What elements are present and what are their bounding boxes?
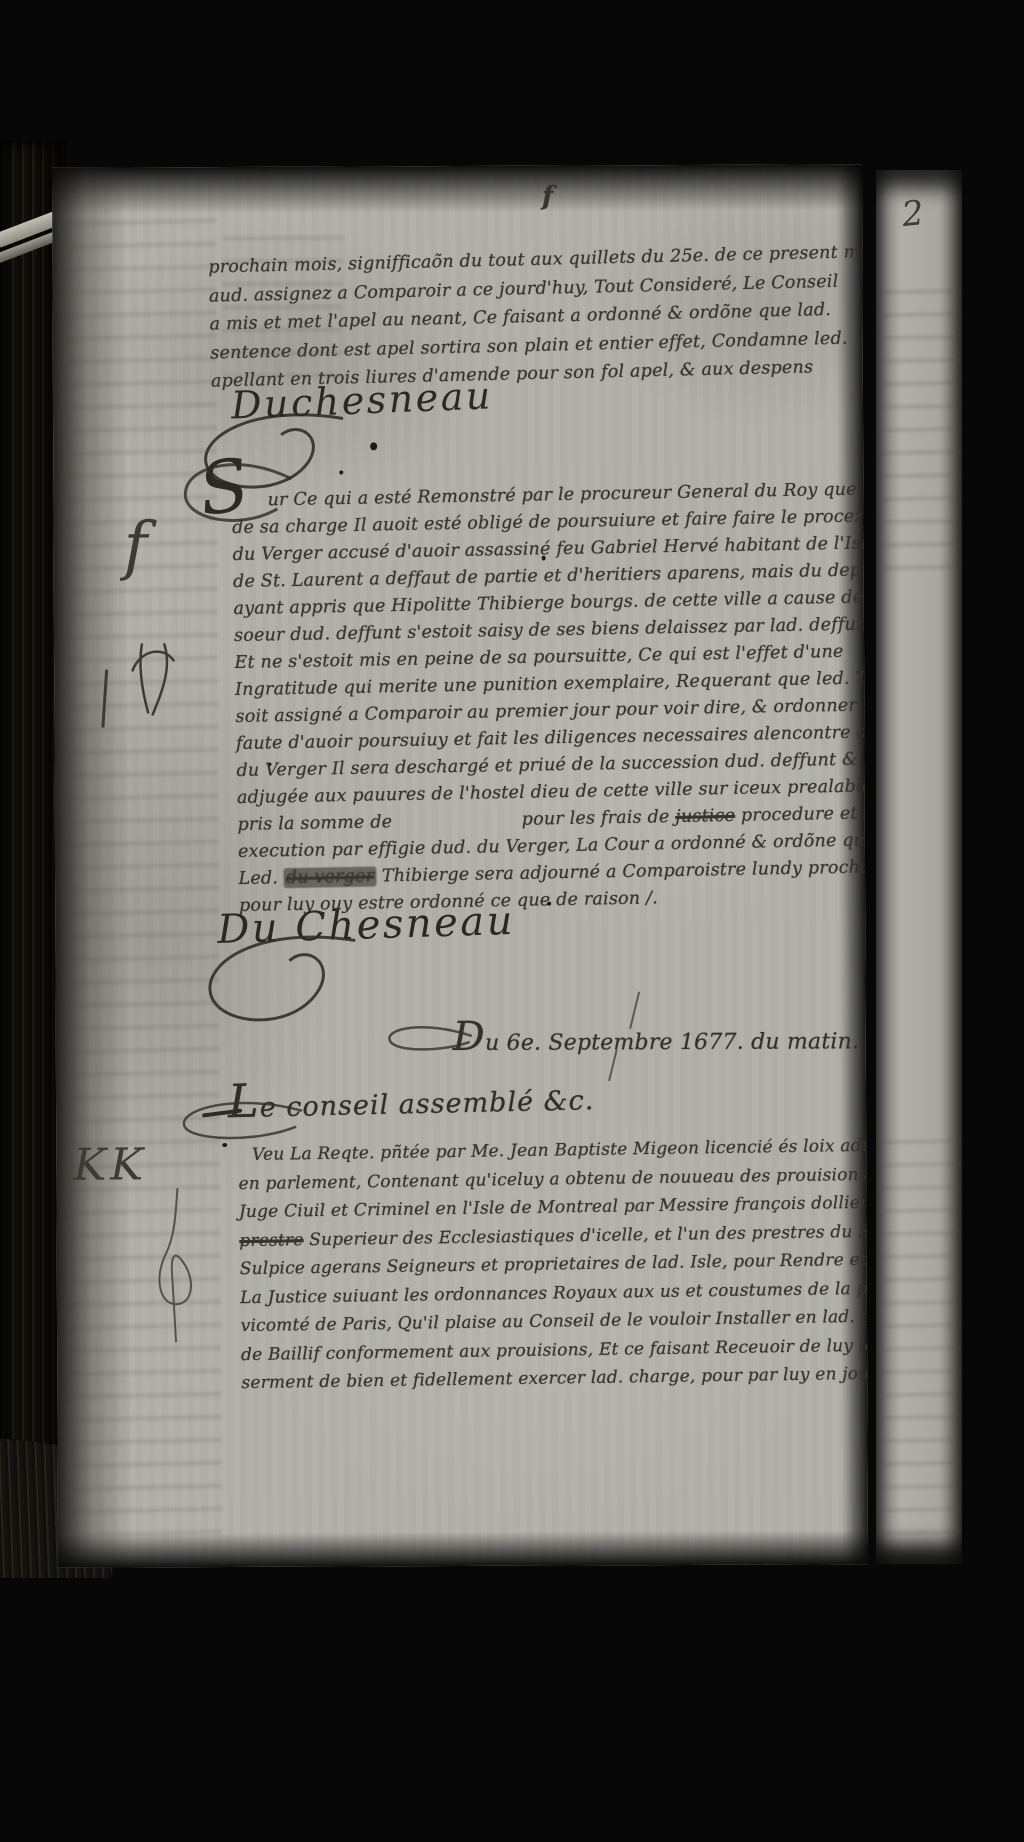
manuscript-page: f prochain mois, signifficaõn du tout au…	[52, 164, 868, 1568]
bleedthrough-text-left	[58, 211, 222, 1542]
adjourn-pre: Led.	[238, 868, 284, 889]
bleedthrough-text-strip	[876, 280, 962, 580]
margin-double-k: KK	[73, 1139, 147, 1190]
blank-sum-gap	[398, 825, 516, 827]
signature-duchesneau-1: Duchesneau	[230, 373, 493, 427]
ink-speck	[269, 763, 272, 766]
blank-sum-right: pour les frais de	[522, 807, 676, 830]
struck-word: justice	[675, 806, 735, 827]
ink-speck	[222, 1143, 227, 1147]
manuscript-photo: f prochain mois, signifficaõn du tout au…	[0, 0, 1024, 1842]
blank-sum-right-tail: procedure et	[735, 804, 858, 826]
entry2-paragraph: ur Ce qui a esté Remonstré par le procur…	[231, 475, 868, 920]
next-page-folio-number: 2	[900, 193, 926, 235]
ink-speck	[542, 556, 546, 561]
bleedthrough-text-strip	[876, 1130, 962, 1550]
assembly-heading-block: Le conseil assemblé &c.	[227, 1066, 594, 1128]
session-date-block: Du 6e. Septembre 1677. du matin.	[453, 1012, 860, 1060]
superior-post: Superieur des Ecclesiastiques d'icelle, …	[303, 1219, 868, 1249]
entry3-paragraph: Veu La Reqte. pñtée par Me. Jean Baptist…	[238, 1129, 868, 1397]
ink-speck	[370, 442, 377, 450]
entry1-paragraph: prochain mois, signifficaõn du tout aux …	[208, 238, 868, 397]
assembly-heading: Le conseil assemblé &c.	[227, 1066, 594, 1128]
folio-mark: f	[542, 182, 554, 212]
struck-blotted-word: du verger	[284, 866, 377, 888]
struck-word: prestre	[239, 1230, 304, 1251]
signature-duchesneau-2: Du Chesneau	[217, 898, 516, 953]
ink-speck	[339, 471, 343, 475]
margin-paraph-f: f	[123, 509, 147, 583]
blank-sum-left: pris la somme de	[237, 812, 392, 835]
next-page-edge: 2	[876, 170, 962, 1564]
ink-speck	[547, 902, 551, 906]
page-top-shadow	[52, 164, 862, 214]
adjourn-post: Thibierge sera adjourné a Comparoistre l…	[376, 857, 868, 886]
session-date: Du 6e. Septembre 1677. du matin.	[453, 1012, 860, 1060]
